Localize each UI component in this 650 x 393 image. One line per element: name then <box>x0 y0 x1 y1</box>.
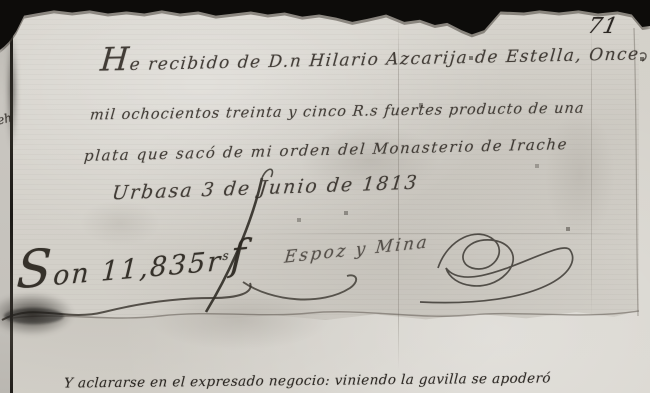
total-unit: r <box>206 246 223 279</box>
manuscript-scan: 71 He recibido de D.n Hilario Azcarija d… <box>0 0 650 393</box>
total-prefix: Son <box>15 258 91 296</box>
ink-specks <box>0 0 2 2</box>
total-unit-flourish: f <box>229 230 248 280</box>
total-amount: 11,835 <box>100 247 208 288</box>
gutter-shadow <box>6 30 18 150</box>
page-number: 71 <box>585 14 620 39</box>
